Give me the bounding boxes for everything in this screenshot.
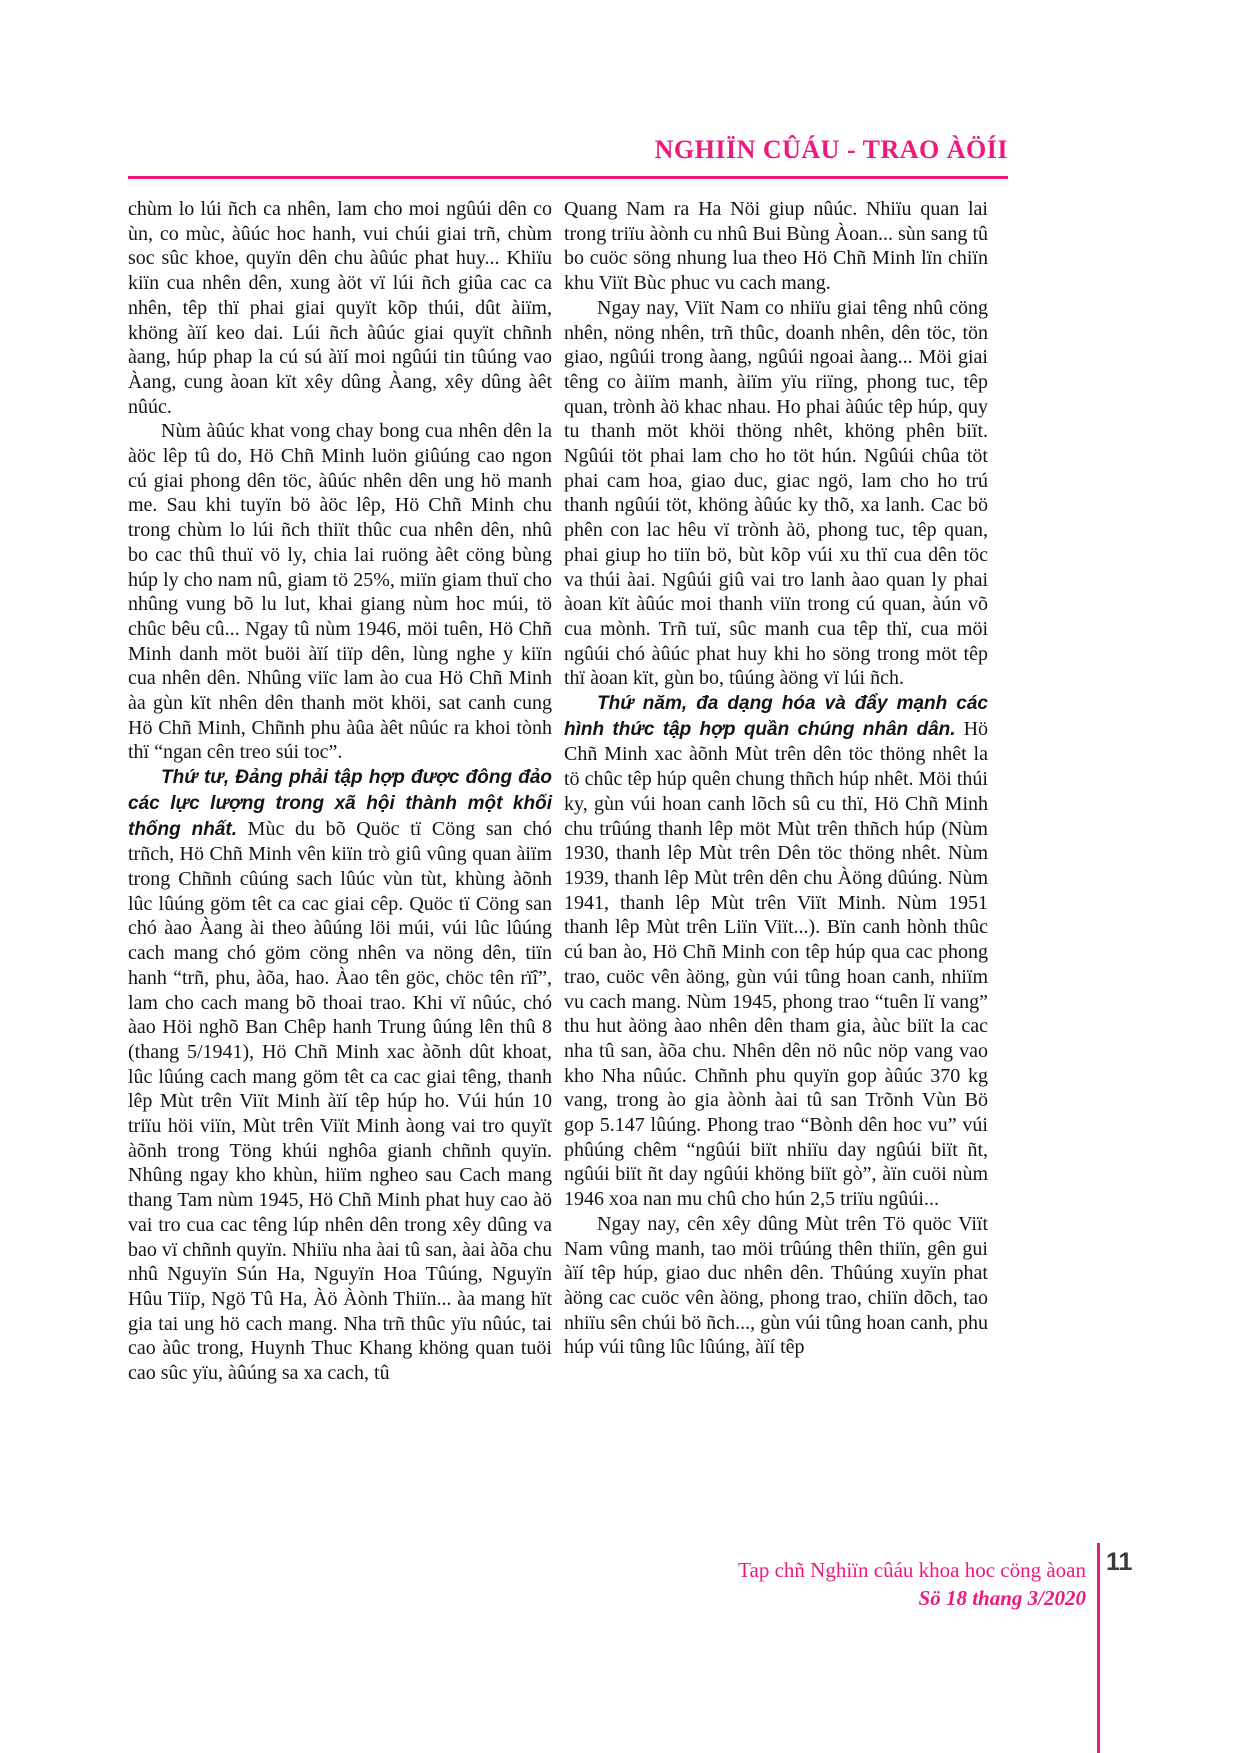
paragraph: chùm lo lúi ñch ca nhên, lam cho moi ngû… (128, 197, 552, 419)
column-left: chùm lo lúi ñch ca nhên, lam cho moi ngû… (128, 197, 552, 1386)
paragraph: Ngay nay, cên xêy dûng Mùt trên Tö quöc … (564, 1212, 988, 1360)
paragraph-text: chùm lo lúi ñch ca nhên, lam cho moi ngû… (128, 198, 552, 418)
lead-sentence: Thứ năm, đa dạng hóa và đẩy mạnh các hìn… (564, 693, 988, 740)
paragraph-text: Hö Chñ Minh xac àõnh Mùt trên dên töc th… (564, 718, 988, 1210)
section-header: NGHIÏN CÛÁU - TRAO ÀÖÍI (128, 135, 1008, 165)
paragraph-text: Nùm àûúc khat vong chay bong cua nhên dê… (128, 420, 552, 763)
paragraph-text: Ngay nay, Viït Nam co nhiïu giai têng nh… (564, 297, 988, 690)
paragraph-text: Quang Nam ra Ha Nöi giup nûúc. Nhiïu qua… (564, 198, 988, 294)
paragraph-text: Ngay nay, cên xêy dûng Mùt trên Tö quöc … (564, 1213, 988, 1359)
paragraph: Nùm àûúc khat vong chay bong cua nhên dê… (128, 419, 552, 765)
footer-journal-title: Tap chñ Nghiïn cûáu khoa hoc cöng àoan (408, 1558, 1086, 1583)
footer-divider-line (1097, 1543, 1100, 1753)
paragraph: Thứ tư, Đảng phải tập hợp được đông đảo … (128, 765, 552, 1386)
column-right: Quang Nam ra Ha Nöi giup nûúc. Nhiïu qua… (564, 197, 988, 1360)
journal-page: NGHIÏN CÛÁU - TRAO ÀÖÍI chùm lo lúi ñch … (0, 0, 1240, 1753)
footer-issue-date: Sö 18 thang 3/2020 (408, 1586, 1086, 1611)
paragraph: Thứ năm, đa dạng hóa và đẩy mạnh các hìn… (564, 691, 988, 1212)
page-number: 11 (1106, 1548, 1132, 1577)
header-rule (128, 176, 1008, 179)
paragraph-text: Mùc du bõ Quöc tï Cöng san chó trñch, Hö… (128, 818, 552, 1384)
paragraph: Quang Nam ra Ha Nöi giup nûúc. Nhiïu qua… (564, 197, 988, 296)
paragraph: Ngay nay, Viït Nam co nhiïu giai têng nh… (564, 296, 988, 691)
